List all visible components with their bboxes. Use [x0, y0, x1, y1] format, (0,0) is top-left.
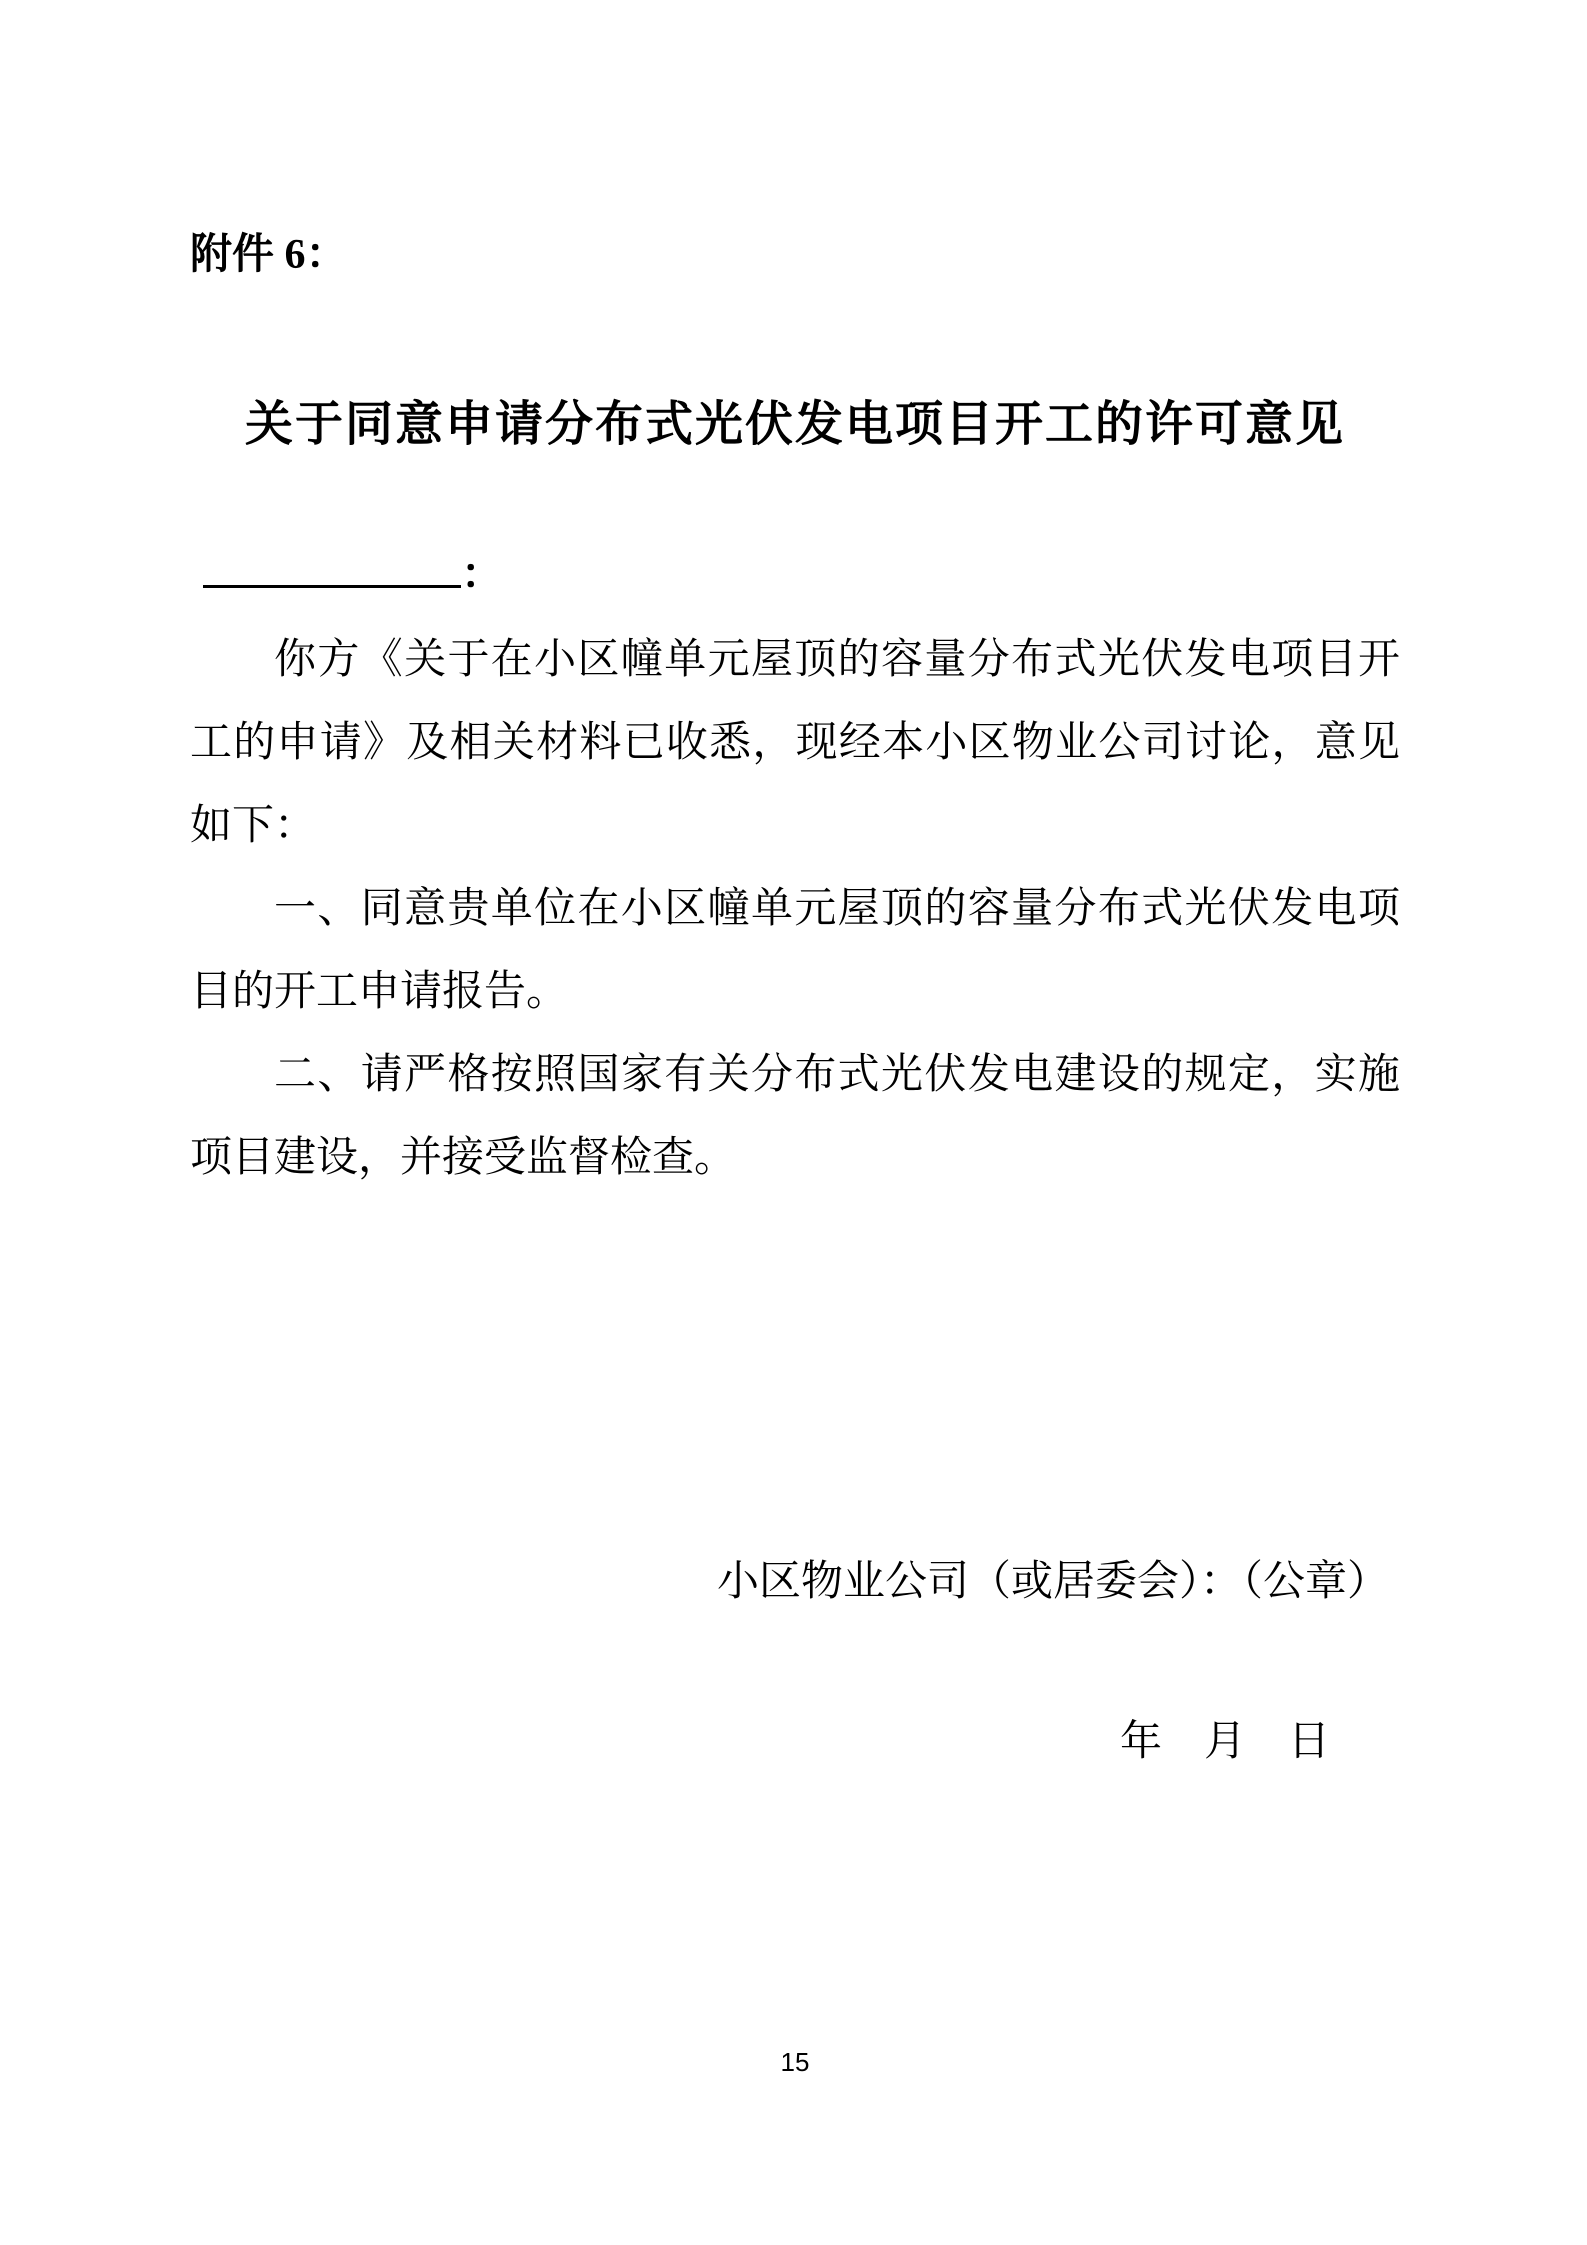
signature-line: 小区物业公司（或居委会）：（公章）	[190, 1547, 1400, 1617]
paragraph-item-1: 一、同意贵单位在小区幢单元屋顶的容量分布式光伏发电项目的开工申请报告。	[190, 868, 1400, 1034]
addressee-blank-underline	[203, 542, 461, 588]
date-line: 年 月 日	[190, 1707, 1400, 1777]
salutation-line: ：	[190, 542, 1400, 605]
attachment-label: 附件 6：	[190, 230, 1400, 280]
paragraph-intro: 你方《关于在小区幢单元屋顶的容量分布式光伏发电项目开工的申请》及相关材料已收悉，…	[190, 619, 1400, 868]
document-page: 附件 6： 关于同意申请分布式光伏发电项目开工的许可意见 ： 你方《关于在小区幢…	[0, 0, 1587, 2245]
paragraph-item-2: 二、请严格按照国家有关分布式光伏发电建设的规定，实施项目建设，并接受监督检查。	[190, 1034, 1400, 1200]
page-number: 15	[190, 2047, 1400, 2077]
salutation-colon: ：	[461, 552, 503, 598]
document-title: 关于同意申请分布式光伏发电项目开工的许可意见	[190, 390, 1400, 460]
